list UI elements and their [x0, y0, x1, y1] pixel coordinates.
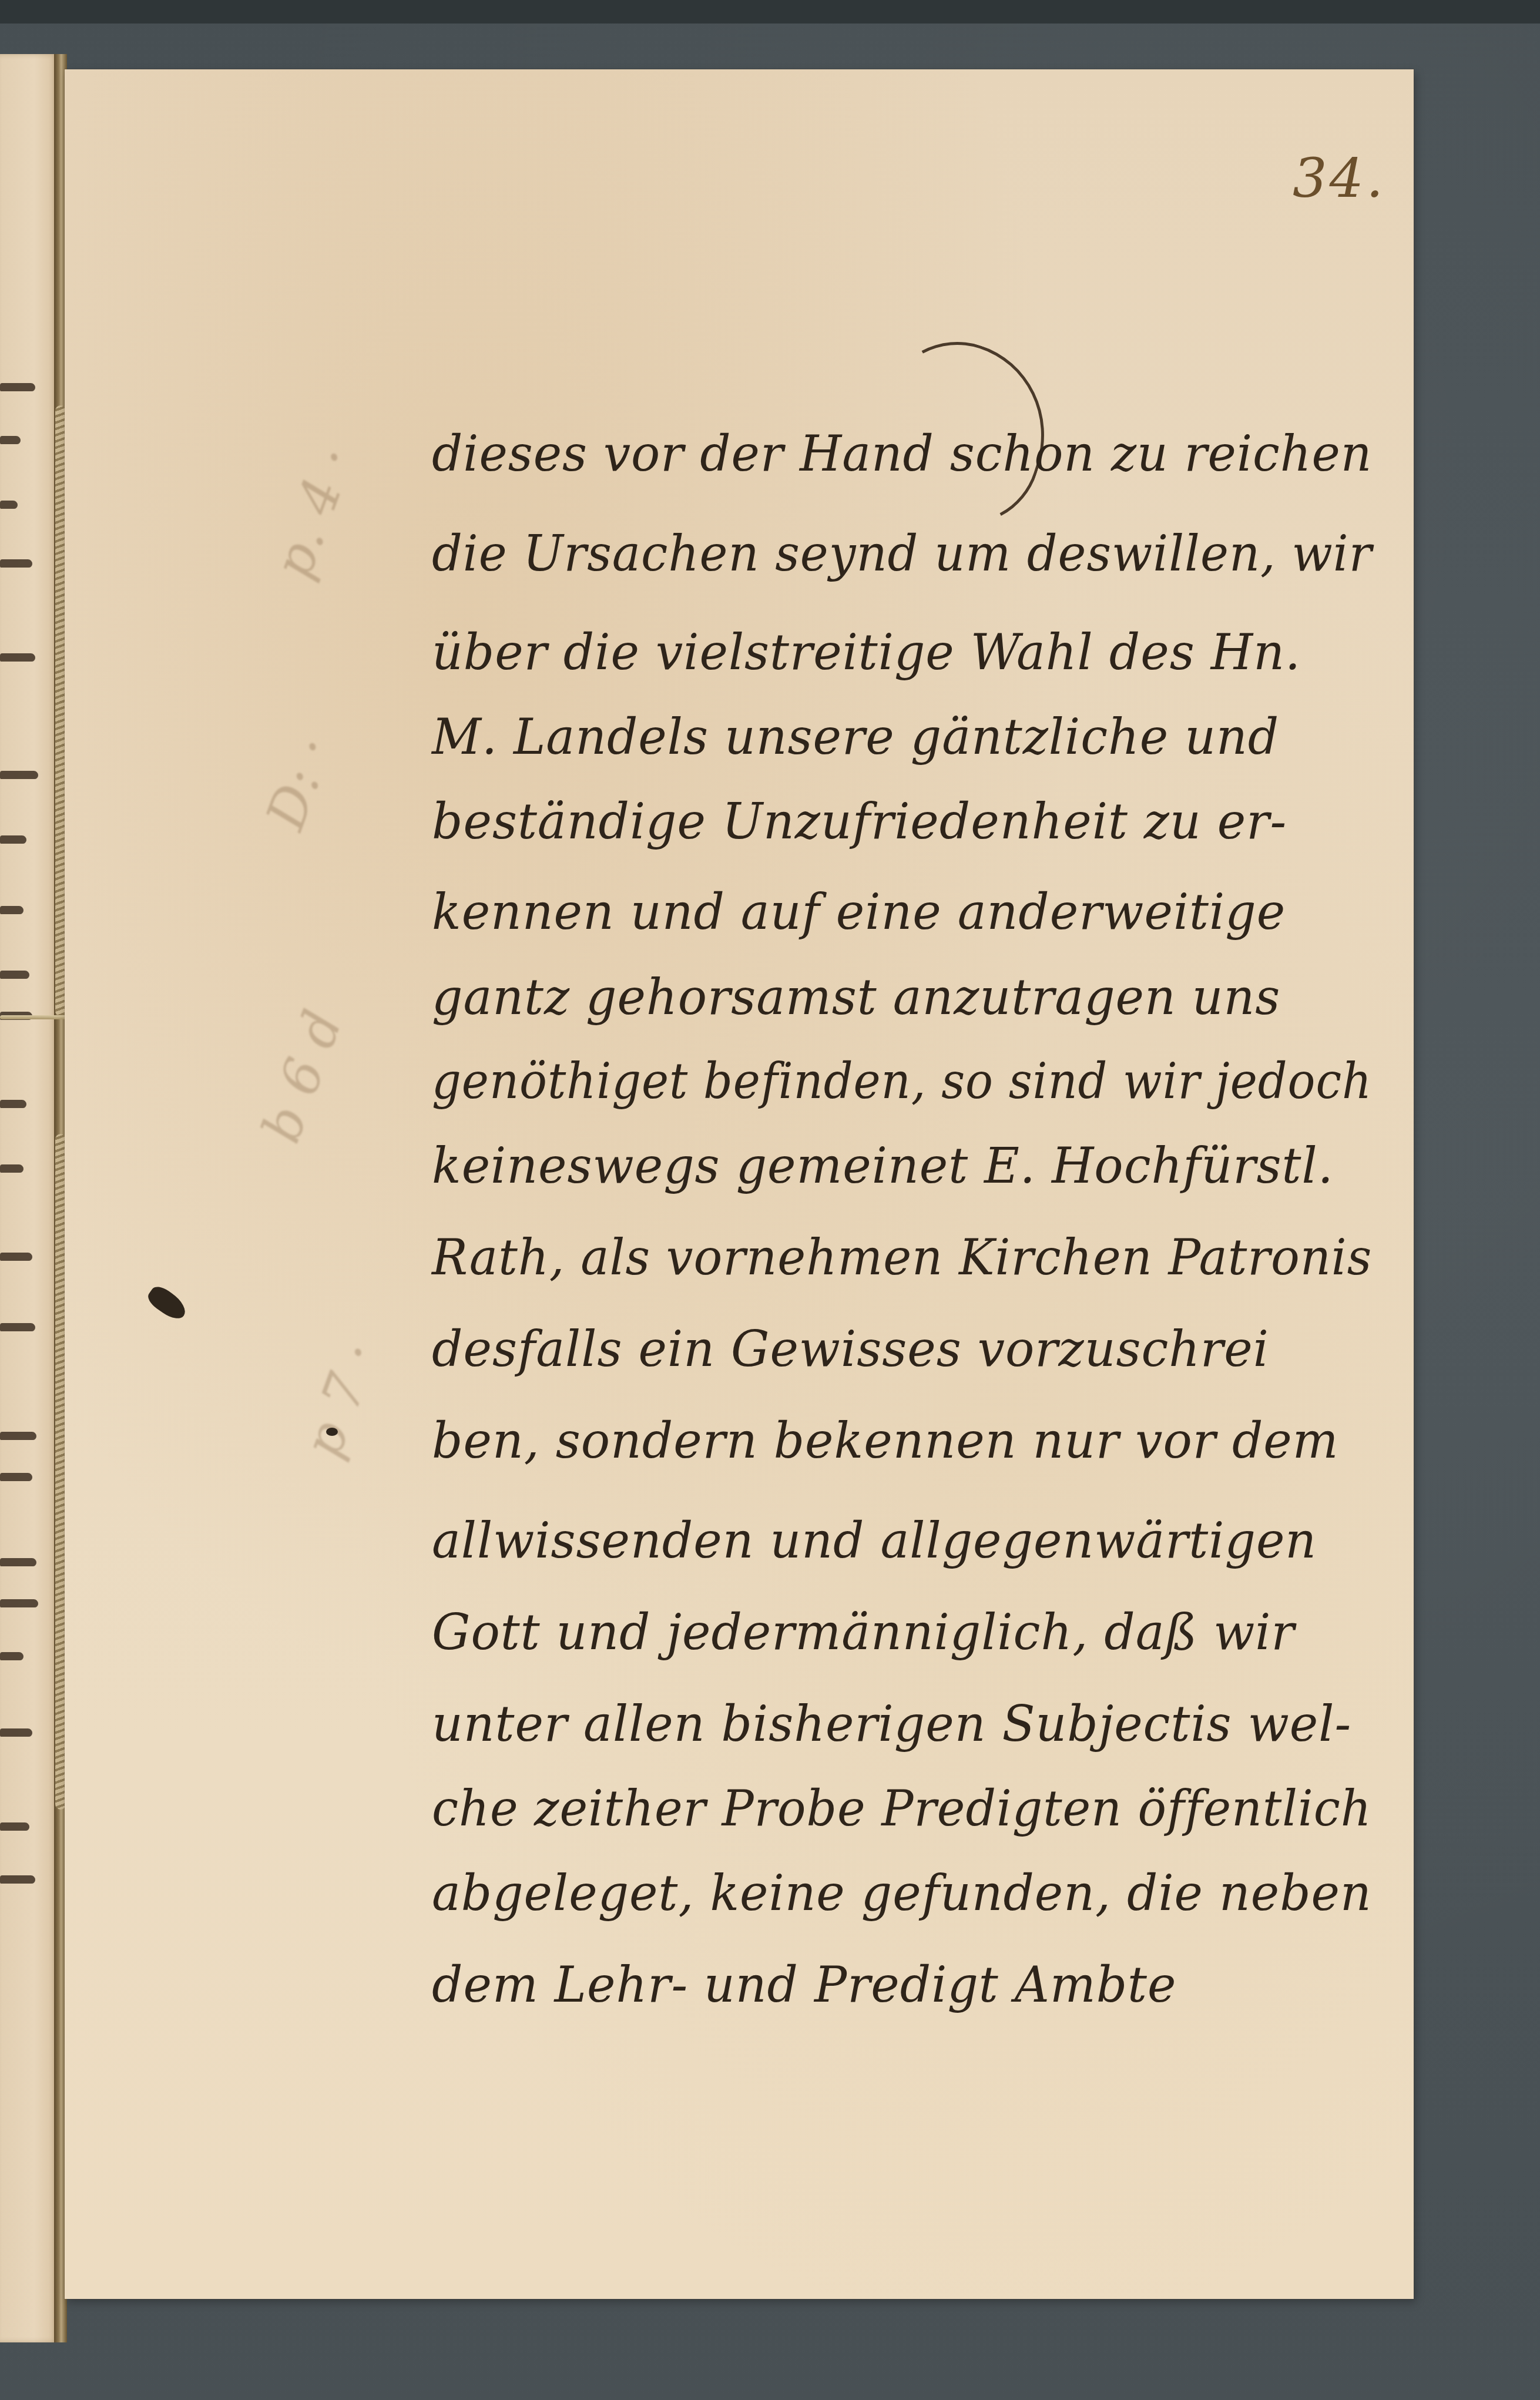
text-line: dieses vor der Hand schon zu reichen	[432, 429, 1370, 478]
text-line: die Ursachen seynd um deswillen, wir	[432, 529, 1361, 578]
ink-dot	[326, 1428, 338, 1436]
text-line: ben, sondern bekennen nur vor dem	[432, 1416, 1372, 1465]
text-line: genöthiget befinden, so sind wir jedoch	[432, 1056, 1326, 1106]
facing-page-ink-fragment	[0, 383, 35, 391]
facing-page-ink-fragment	[0, 1728, 32, 1737]
facing-page-edge	[0, 54, 58, 2342]
facing-page-ink-fragment	[0, 1822, 29, 1831]
page-number: 34.	[1293, 147, 1385, 210]
text-line: unter allen bisherigen Subjectis wel-	[432, 1699, 1372, 1748]
text-line: Rath, als vornehmen Kirchen Patronis	[432, 1233, 1362, 1282]
facing-page-ink-fragment	[0, 835, 26, 844]
text-line: Gott und jedermänniglich, daß wir	[432, 1607, 1372, 1657]
facing-page-ink-fragment	[0, 1100, 26, 1108]
facing-page-ink-fragment	[0, 1432, 36, 1440]
facing-page-ink-fragment	[0, 559, 32, 568]
text-line: allwissenden und allgegenwärtigen	[432, 1516, 1372, 1565]
binding-thread-knot	[0, 1015, 71, 1019]
facing-page-ink-fragment	[0, 1558, 36, 1566]
text-line: abgeleget, keine gefunden, die neben	[432, 1868, 1371, 1918]
text-line: dem Lehr- und Predigt Ambte	[432, 1960, 1372, 2009]
text-line: che zeither Probe Predigten öffentlich	[432, 1784, 1356, 1833]
facing-page-ink-fragment	[0, 1875, 35, 1884]
facing-page-ink-fragment	[0, 1323, 35, 1331]
text-line: keineswegs gemeinet E. Hochfürstl.	[432, 1141, 1372, 1190]
text-line: über die vielstreitige Wahl des Hn.	[432, 627, 1372, 677]
facing-page-ink-fragment	[0, 501, 18, 509]
text-line: gantz gehorsamst anzutragen uns	[432, 972, 1372, 1022]
text-line: beständige Unzufriedenheit zu er-	[432, 797, 1372, 846]
facing-page-ink-fragment	[0, 906, 24, 914]
facing-page-ink-fragment	[0, 1599, 38, 1607]
top-cover-edge	[0, 0, 1540, 24]
facing-page-ink-fragment	[0, 1652, 24, 1660]
facing-page-ink-fragment	[0, 436, 21, 444]
text-line: desfalls ein Gewisses vorzuschrei	[432, 1324, 1372, 1374]
facing-page-ink-fragment	[0, 771, 38, 779]
text-line: M. Landels unsere gäntzliche und	[432, 712, 1372, 761]
facing-page-ink-fragment	[0, 971, 29, 979]
facing-page-ink-fragment	[0, 1473, 32, 1481]
facing-page-ink-fragment	[0, 1164, 24, 1173]
facing-page-ink-fragment	[0, 653, 35, 662]
text-line: kennen und auf eine anderweitige	[432, 887, 1372, 936]
facing-page-ink-fragment	[0, 1253, 32, 1261]
